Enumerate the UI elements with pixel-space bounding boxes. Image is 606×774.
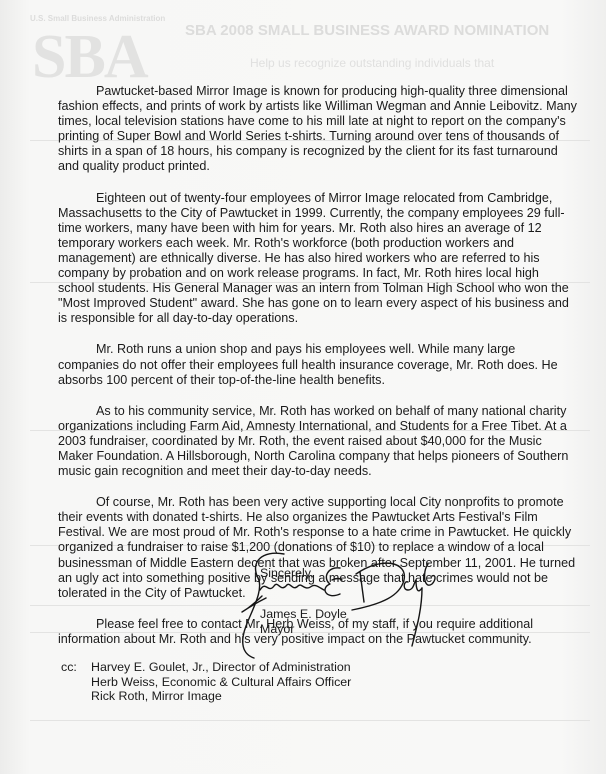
ghost-sba-logo: SBA (32, 22, 147, 93)
paragraph: As to his community service, Mr. Roth ha… (58, 404, 578, 479)
cc-list: Harvey E. Goulet, Jr., Director of Admin… (91, 660, 351, 704)
paragraph: Eighteen out of twenty-four employees of… (58, 191, 578, 327)
paragraph: Mr. Roth runs a union shop and pays his … (58, 342, 578, 387)
signer-title: Mayor (260, 622, 347, 637)
scanned-page: U.S. Small Business Administration SBA S… (0, 0, 606, 774)
signer-name: James E. Doyle (260, 607, 347, 622)
cc-recipient: Herb Weiss, Economic & Cultural Affairs … (91, 675, 351, 690)
closing: Sincerely, (260, 566, 347, 581)
ghost-form-subtitle: Help us recognize outstanding individual… (250, 56, 494, 70)
cc-section: cc: Harvey E. Goulet, Jr., Director of A… (61, 660, 351, 704)
paragraph: Pawtucket-based Mirror Image is known fo… (58, 84, 578, 175)
cc-recipient: Harvey E. Goulet, Jr., Director of Admin… (91, 660, 351, 675)
signature-block: Sincerely, James E. Doyle Mayor (260, 566, 347, 637)
ghost-form-title: SBA 2008 SMALL BUSINESS AWARD NOMINATION (185, 22, 549, 39)
cc-recipient: Rick Roth, Mirror Image (91, 689, 351, 704)
ghost-rule (30, 720, 590, 721)
cc-label: cc: (61, 660, 91, 704)
